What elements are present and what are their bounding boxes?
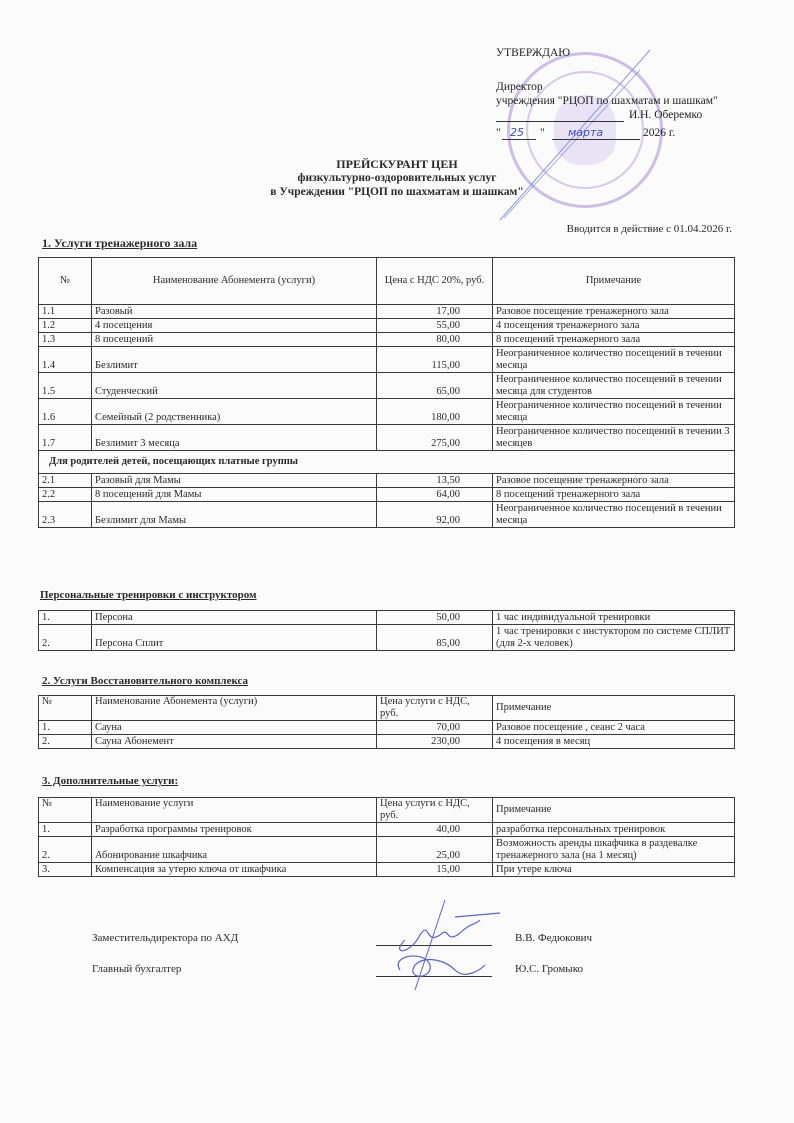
service-note: 1 час индивидуальной тренировки <box>493 611 735 625</box>
column-header: Цена услуги с НДС, руб. <box>377 696 493 721</box>
service-price: 92,00 <box>377 502 493 528</box>
date-month: марта <box>568 125 603 140</box>
row-number: 1.6 <box>39 399 92 425</box>
row-number: 2. <box>39 837 92 863</box>
document-organization: в Учреждении "РЦОП по шахматам и шашкам" <box>0 186 794 198</box>
service-name: Разовый для Мамы <box>92 474 377 488</box>
column-header: № <box>39 696 92 721</box>
service-name: Персона Сплит <box>92 625 377 651</box>
table-row: 1.24 посещения55,004 посещения тренажерн… <box>39 319 735 333</box>
column-header: Примечание <box>493 258 735 305</box>
table-row: 1.Разработка программы тренировок40,00ра… <box>39 823 735 837</box>
row-number: 2.2 <box>39 488 92 502</box>
service-note: 1 час тренировки с инстуктором по систем… <box>493 625 735 651</box>
group-header-row: Для родителей детей, посещающих платные … <box>39 451 735 474</box>
table-row: 1.5Студенческий65,00Неограниченное колич… <box>39 373 735 399</box>
service-price: 180,00 <box>377 399 493 425</box>
table-row: 1.7Безлимит 3 месяца275,00Неограниченное… <box>39 425 735 451</box>
service-name: Безлимит 3 месяца <box>92 425 377 451</box>
row-number: 1. <box>39 611 92 625</box>
row-number: 1.5 <box>39 373 92 399</box>
service-name: 8 посещений <box>92 333 377 347</box>
service-price: 17,00 <box>377 305 493 319</box>
row-number: 1. <box>39 823 92 837</box>
row-number: 2.3 <box>39 502 92 528</box>
service-price: 230,00 <box>377 735 493 749</box>
row-number: 2.1 <box>39 474 92 488</box>
date-day-field: 25 <box>502 127 536 140</box>
date-year: 2026 г. <box>643 126 675 141</box>
section2-title: 2. Услуги Восстановительного комплекса <box>42 675 248 687</box>
service-note: Разовое посещение , сеанс 2 часа <box>493 721 735 735</box>
table-row: 2.3Безлимит для Мамы92,00Неограниченное … <box>39 502 735 528</box>
service-note: Неограниченное количество посещений в те… <box>493 502 735 528</box>
table-row: 1.Сауна70,00Разовое посещение , сеанс 2 … <box>39 721 735 735</box>
document-subtitle: физкультурно-оздоровительных услуг <box>0 172 794 184</box>
column-header: Наименование Абонемента (услуги) <box>92 258 377 305</box>
table-row: 1.4Безлимит115,00Неограниченное количест… <box>39 347 735 373</box>
approval-position: Директор <box>496 80 543 95</box>
row-number: 1.4 <box>39 347 92 373</box>
service-note: разработка персональных тренировок <box>493 823 735 837</box>
date-quote-close: " <box>540 126 545 141</box>
date-quote-open: " <box>496 126 501 141</box>
row-number: 2. <box>39 625 92 651</box>
signature-position-1: Заместительдиректора по АХД <box>92 932 238 944</box>
section1-title: 1. Услуги тренажерного зала <box>42 236 197 251</box>
service-name: Безлимит для Мамы <box>92 502 377 528</box>
row-number: 2. <box>39 735 92 749</box>
handwritten-signatures-icon <box>385 895 505 995</box>
row-number: 1.2 <box>39 319 92 333</box>
service-note: При утере ключа <box>493 863 735 877</box>
service-name: Разработка программы тренировок <box>92 823 377 837</box>
table-header-row: №Наименование Абонемента (услуги)Цена ус… <box>39 696 735 721</box>
column-header: Наименование услуги <box>92 798 377 823</box>
service-name: Семейный (2 родственника) <box>92 399 377 425</box>
section3-title: 3. Дополнительные услуги: <box>42 775 178 787</box>
table-header-row: №Наименование Абонемента (услуги)Цена с … <box>39 258 735 305</box>
service-note: 8 посещений тренажерного зала <box>493 333 735 347</box>
effective-date: Вводится в действие с 01.04.2026 г. <box>567 223 732 235</box>
service-price: 50,00 <box>377 611 493 625</box>
personal-training-table: 1.Персона50,001 час индивидуальной трени… <box>38 610 735 651</box>
signature-position-2: Главный бухгалтер <box>92 963 181 975</box>
table-row: 2.Сауна Абонемент230,004 посещения в мес… <box>39 735 735 749</box>
group-title: Для родителей детей, посещающих платные … <box>39 451 735 474</box>
table-row: 1.6Семейный (2 родственника)180,00Неогра… <box>39 399 735 425</box>
approval-signatory: И.Н. Оберемко <box>629 108 702 123</box>
personal-training-title: Персональные тренировки с инструктором <box>40 589 257 601</box>
column-header: Цена услуги с НДС, руб. <box>377 798 493 823</box>
row-number: 1. <box>39 721 92 735</box>
service-price: 13,50 <box>377 474 493 488</box>
service-note: Неограниченное количество посещений в те… <box>493 425 735 451</box>
service-name: Абонирование шкафчика <box>92 837 377 863</box>
service-note: Неограниченное количество посещений в те… <box>493 399 735 425</box>
signature-name-1: В.В. Федюкович <box>515 932 592 944</box>
service-price: 65,00 <box>377 373 493 399</box>
signature-name-2: Ю.С. Громыко <box>515 963 583 975</box>
service-name: 4 посещения <box>92 319 377 333</box>
service-note: Разовое посещение тренажерного зала <box>493 305 735 319</box>
service-price: 275,00 <box>377 425 493 451</box>
row-number: 1.3 <box>39 333 92 347</box>
service-price: 55,00 <box>377 319 493 333</box>
table-row: 1.38 посещений80,008 посещений тренажерн… <box>39 333 735 347</box>
table-row: 2.28 посещений для Мамы64,008 посещений … <box>39 488 735 502</box>
table-row: 2.1Разовый для Мамы13,50Разовое посещени… <box>39 474 735 488</box>
service-name: Сауна <box>92 721 377 735</box>
service-note: 4 посещения в месяц <box>493 735 735 749</box>
table-row: 2.Персона Сплит85,001 час тренировки с и… <box>39 625 735 651</box>
date-day: 25 <box>510 125 524 140</box>
table-row: 1.1Разовый17,00Разовое посещение тренаже… <box>39 305 735 319</box>
recovery-services-table: №Наименование Абонемента (услуги)Цена ус… <box>38 695 735 749</box>
service-name: Сауна Абонемент <box>92 735 377 749</box>
service-price: 80,00 <box>377 333 493 347</box>
service-price: 25,00 <box>377 837 493 863</box>
row-number: 1.1 <box>39 305 92 319</box>
service-note: Разовое посещение тренажерного зала <box>493 474 735 488</box>
service-name: Студенческий <box>92 373 377 399</box>
approval-heading: УТВЕРЖДАЮ <box>496 46 570 61</box>
approval-signature-line <box>496 120 624 122</box>
service-note: Возможность аренды шкафчика в раздевалке… <box>493 837 735 863</box>
table-row: 2.Абонирование шкафчика25,00Возможность … <box>39 837 735 863</box>
service-price: 15,00 <box>377 863 493 877</box>
service-price: 85,00 <box>377 625 493 651</box>
gym-services-table: №Наименование Абонемента (услуги)Цена с … <box>38 257 735 528</box>
column-header: Примечание <box>493 696 735 721</box>
column-header: Примечание <box>493 798 735 823</box>
service-note: 8 посещений тренажерного зала <box>493 488 735 502</box>
additional-services-table: №Наименование услугиЦена услуги с НДС, р… <box>38 797 735 877</box>
service-price: 70,00 <box>377 721 493 735</box>
column-header: Цена с НДС 20%, руб. <box>377 258 493 305</box>
service-price: 64,00 <box>377 488 493 502</box>
date-month-field: марта <box>552 127 640 140</box>
approval-organization: учреждения "РЦОП по шахматам и шашкам" <box>496 94 718 109</box>
service-price: 115,00 <box>377 347 493 373</box>
service-price: 40,00 <box>377 823 493 837</box>
service-name: Разовый <box>92 305 377 319</box>
row-number: 1.7 <box>39 425 92 451</box>
column-header: № <box>39 798 92 823</box>
service-note: Неограниченное количество посещений в те… <box>493 347 735 373</box>
row-number: 3. <box>39 863 92 877</box>
table-row: 1.Персона50,001 час индивидуальной трени… <box>39 611 735 625</box>
column-header: № <box>39 258 92 305</box>
column-header: Наименование Абонемента (услуги) <box>92 696 377 721</box>
table-row: 3.Компенсация за утерю ключа от шкафчика… <box>39 863 735 877</box>
service-note: Неограниченное количество посещений в те… <box>493 373 735 399</box>
document-title: ПРЕЙСКУРАНТ ЦЕН <box>0 157 794 172</box>
service-name: Безлимит <box>92 347 377 373</box>
table-header-row: №Наименование услугиЦена услуги с НДС, р… <box>39 798 735 823</box>
service-note: 4 посещения тренажерного зала <box>493 319 735 333</box>
service-name: 8 посещений для Мамы <box>92 488 377 502</box>
service-name: Персона <box>92 611 377 625</box>
service-name: Компенсация за утерю ключа от шкафчика <box>92 863 377 877</box>
